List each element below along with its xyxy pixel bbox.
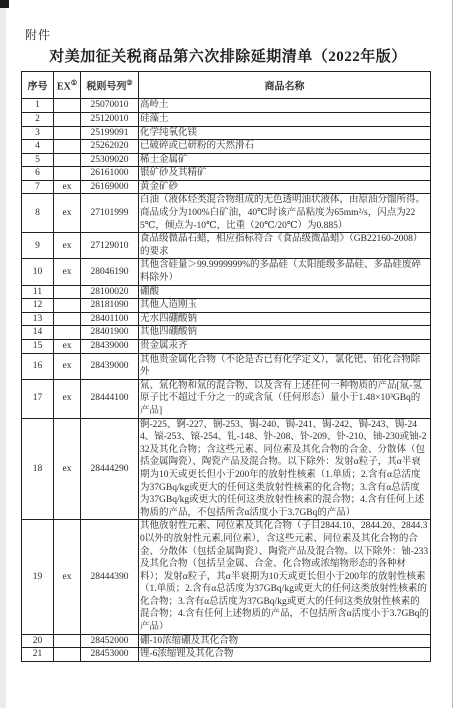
seq-cell: 1	[22, 99, 54, 113]
ex-cell	[54, 167, 81, 181]
table-row: 525309020稀土金属矿	[22, 153, 431, 167]
column-header-product-name: 商品名称	[139, 72, 431, 99]
product-name-cell: 其他含硅量＞99.9999999%的多晶硅（太阳能级多晶硅、多晶硅废碎料除外）	[139, 259, 431, 285]
table-row: 18ex28444290锕-225、锕-227、锎-253、锔-240、锔-24…	[22, 418, 431, 520]
seq-cell: 16	[22, 353, 54, 379]
product-name-cell: 贵金属汞齐	[139, 340, 431, 354]
hs-code-cell: 28100020	[81, 285, 139, 299]
hs-code-cell: 27101999	[81, 194, 139, 233]
product-name-cell: 化学纯氧化镁	[139, 126, 431, 140]
product-name-cell: 硼酸	[139, 285, 431, 299]
product-name-cell: 锕-225、锕-227、锎-253、锔-240、锔-241、锔-242、锔-24…	[139, 418, 431, 520]
hs-code-cell: 26169000	[81, 180, 139, 194]
product-name-cell: 氚、氚化物和氚的混合物、以及含有上述任何一种物质的产品[氚-氢原子比不超过千分之…	[139, 379, 431, 418]
table-row: 19ex28444390其他放射性元素、同位素及其化合物（子目2844.10、2…	[22, 520, 431, 634]
seq-cell: 2	[22, 112, 54, 126]
product-name-cell: 白油（液体烃类混合物组成的无色透明油状液体，由原油分馏所得。商品成分为100%白…	[139, 194, 431, 233]
seq-cell: 9	[22, 233, 54, 259]
table-row: 2128453000锂-6浓缩锂及其化合物	[22, 648, 431, 662]
ex-cell: ex	[54, 379, 81, 418]
hs-code-cell: 25309020	[81, 153, 139, 167]
ex-cell	[54, 112, 81, 126]
ex-cell: ex	[54, 418, 81, 520]
hs-code-cell: 28046190	[81, 259, 139, 285]
table-row: 15ex28439000贵金属汞齐	[22, 340, 431, 354]
hs-code-cell: 28452000	[81, 634, 139, 648]
table-row: 10ex28046190其他含硅量＞99.9999999%的多晶硅（太阳能级多晶…	[22, 259, 431, 285]
seq-cell: 7	[22, 180, 54, 194]
seq-cell: 3	[22, 126, 54, 140]
seq-cell: 21	[22, 648, 54, 662]
seq-cell: 6	[22, 167, 54, 181]
seq-cell: 11	[22, 285, 54, 299]
table-row: 225120010硅藻土	[22, 112, 431, 126]
table-row: 125070010高岭土	[22, 99, 431, 113]
column-header-ex: EX①	[54, 72, 81, 99]
hs-code-cell: 27129010	[81, 233, 139, 259]
ex-cell: ex	[54, 520, 81, 634]
column-header-hs-code: 税则号列②	[81, 72, 139, 99]
table-body: 125070010高岭土225120010硅藻土325199091化学纯氧化镁4…	[22, 99, 431, 662]
product-name-cell: 其他人造刚玉	[139, 299, 431, 313]
seq-cell: 12	[22, 299, 54, 313]
seq-cell: 14	[22, 326, 54, 340]
hs-code-cell: 28439000	[81, 340, 139, 354]
seq-cell: 18	[22, 418, 54, 520]
hs-code-cell: 28444100	[81, 379, 139, 418]
hs-code-cell: 25070010	[81, 99, 139, 113]
document-page: 附件 对美加征关税商品第六次排除延期清单（2022年版） 序号 EX① 税则号列…	[0, 0, 456, 708]
seq-cell: 5	[22, 153, 54, 167]
ex-cell	[54, 312, 81, 326]
ex-cell	[54, 99, 81, 113]
attachment-label: 附件	[25, 26, 51, 43]
hs-code-cell: 28444390	[81, 520, 139, 634]
seq-cell: 13	[22, 312, 54, 326]
product-name-cell: 其他贵金属化合物（不论是否已有化学定义），氯化钯、铂化合物除外	[139, 353, 431, 379]
seq-cell: 20	[22, 634, 54, 648]
hs-code-cell: 25120010	[81, 112, 139, 126]
seq-cell: 8	[22, 194, 54, 233]
table-row: 9ex27129010食品级微晶石蜡，相应指标符合《食品级微晶蜡》（GB2216…	[22, 233, 431, 259]
product-name-cell: 无水四硼酸钠	[139, 312, 431, 326]
hs-code-cell: 26161000	[81, 167, 139, 181]
hs-code-cell: 28401100	[81, 312, 139, 326]
hs-code-cell: 28444290	[81, 418, 139, 520]
seq-cell: 4	[22, 140, 54, 154]
table-row: 1428401900其他四硼酸钠	[22, 326, 431, 340]
table-row: 7ex26169000黄金矿砂	[22, 180, 431, 194]
scan-edge-line	[452, 0, 453, 708]
hs-code-cell: 25199091	[81, 126, 139, 140]
ex-cell: ex	[54, 194, 81, 233]
footnote-marker: ②	[126, 79, 132, 87]
scan-edge-shade	[0, 0, 6, 708]
ex-cell	[54, 648, 81, 662]
table-row: 1228181090其他人造刚玉	[22, 299, 431, 313]
table-row: 16ex28439000其他贵金属化合物（不论是否已有化学定义），氯化钯、铂化合…	[22, 353, 431, 379]
table-row: 425262020已破碎或已研粉的天然滑石	[22, 140, 431, 154]
seq-cell: 19	[22, 520, 54, 634]
product-name-cell: 硅藻土	[139, 112, 431, 126]
seq-cell: 10	[22, 259, 54, 285]
ex-cell: ex	[54, 259, 81, 285]
table-row: 8ex27101999白油（液体烃类混合物组成的无色透明油状液体，由原油分馏所得…	[22, 194, 431, 233]
hs-code-cell: 28453000	[81, 648, 139, 662]
table-row: 1328401100无水四硼酸钠	[22, 312, 431, 326]
seq-cell: 15	[22, 340, 54, 354]
product-name-cell: 高岭土	[139, 99, 431, 113]
hs-code-cell: 25262020	[81, 140, 139, 154]
product-name-cell: 食品级微晶石蜡，相应指标符合《食品级微晶蜡》（GB22160-2008）的要求	[139, 233, 431, 259]
ex-cell	[54, 285, 81, 299]
hs-code-cell: 28401900	[81, 326, 139, 340]
tariff-exclusion-table: 序号 EX① 税则号列② 商品名称 125070010高岭土225120010硅…	[21, 71, 431, 662]
ex-cell	[54, 326, 81, 340]
product-name-cell: 硼-10浓缩硼及其化合物	[139, 634, 431, 648]
product-name-cell: 已破碎或已研粉的天然滑石	[139, 140, 431, 154]
product-name-cell: 黄金矿砂	[139, 180, 431, 194]
column-header-seq: 序号	[22, 72, 54, 99]
footnote-marker: ①	[71, 79, 77, 87]
table-row: 626161000银矿砂及其精矿	[22, 167, 431, 181]
product-name-cell: 其他放射性元素、同位素及其化合物（子目2844.10、2844.20、2844.…	[139, 520, 431, 634]
table-row: 1128100020硼酸	[22, 285, 431, 299]
hs-code-cell: 28439000	[81, 353, 139, 379]
ex-cell	[54, 126, 81, 140]
table-header-row: 序号 EX① 税则号列② 商品名称	[22, 72, 431, 99]
ex-cell: ex	[54, 353, 81, 379]
product-name-cell: 锂-6浓缩锂及其化合物	[139, 648, 431, 662]
hs-code-cell: 28181090	[81, 299, 139, 313]
product-name-cell: 银矿砂及其精矿	[139, 167, 431, 181]
product-name-cell: 稀土金属矿	[139, 153, 431, 167]
seq-cell: 17	[22, 379, 54, 418]
table-row: 2028452000硼-10浓缩硼及其化合物	[22, 634, 431, 648]
ex-cell: ex	[54, 340, 81, 354]
ex-cell: ex	[54, 180, 81, 194]
ex-cell	[54, 153, 81, 167]
scan-corner-artifact	[0, 0, 9, 8]
ex-cell	[54, 634, 81, 648]
page-title: 对美加征关税商品第六次排除延期清单（2022年版）	[0, 45, 456, 66]
ex-cell	[54, 140, 81, 154]
table-row: 325199091化学纯氧化镁	[22, 126, 431, 140]
table-row: 17ex28444100氚、氚化物和氚的混合物、以及含有上述任何一种物质的产品[…	[22, 379, 431, 418]
ex-cell: ex	[54, 233, 81, 259]
product-name-cell: 其他四硼酸钠	[139, 326, 431, 340]
ex-cell	[54, 299, 81, 313]
